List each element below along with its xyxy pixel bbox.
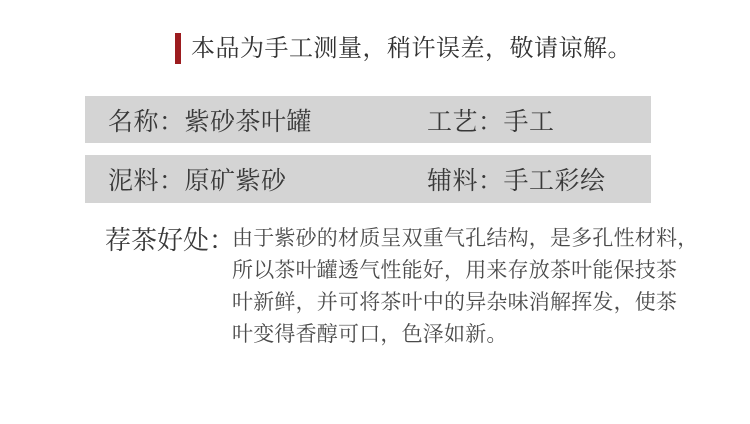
- spec-craft: 工艺：手工: [427, 102, 555, 138]
- benefits-line: 叶新鲜，并可将茶叶中的异杂味消解挥发，使茶: [232, 286, 702, 318]
- benefits-line: 由于紫砂的材质呈双重气孔结构，是多孔性材料，: [232, 222, 702, 254]
- spec-accessory: 辅料：手工彩绘: [427, 161, 606, 197]
- measurement-notice-text: 本品为手工测量，稍许误差，敬请谅解。: [191, 33, 632, 64]
- spec-name: 名称：紫砂茶叶罐: [108, 102, 427, 138]
- benefits-paragraph: 由于紫砂的材质呈双重气孔结构，是多孔性材料， 所以茶叶罐透气性能好，用来存放茶叶…: [232, 222, 702, 350]
- measurement-notice: 本品为手工测量，稍许误差，敬请谅解。: [175, 33, 632, 64]
- red-accent-bar: [175, 33, 181, 64]
- spec-row: 泥料：原矿紫砂 辅料：手工彩绘: [85, 155, 651, 203]
- benefits-line: 叶变得香醇可口，色泽如新。: [232, 318, 702, 350]
- spec-clay-material: 泥料：原矿紫砂: [108, 161, 427, 197]
- spec-row: 名称：紫砂茶叶罐 工艺：手工: [85, 96, 651, 143]
- benefits-label: 荐茶好处：: [105, 220, 235, 257]
- benefits-line: 所以茶叶罐透气性能好，用来存放茶叶能保技茶: [232, 254, 702, 286]
- product-description-page: 本品为手工测量，稍许误差，敬请谅解。 名称：紫砂茶叶罐 工艺：手工 泥料：原矿紫…: [0, 0, 750, 424]
